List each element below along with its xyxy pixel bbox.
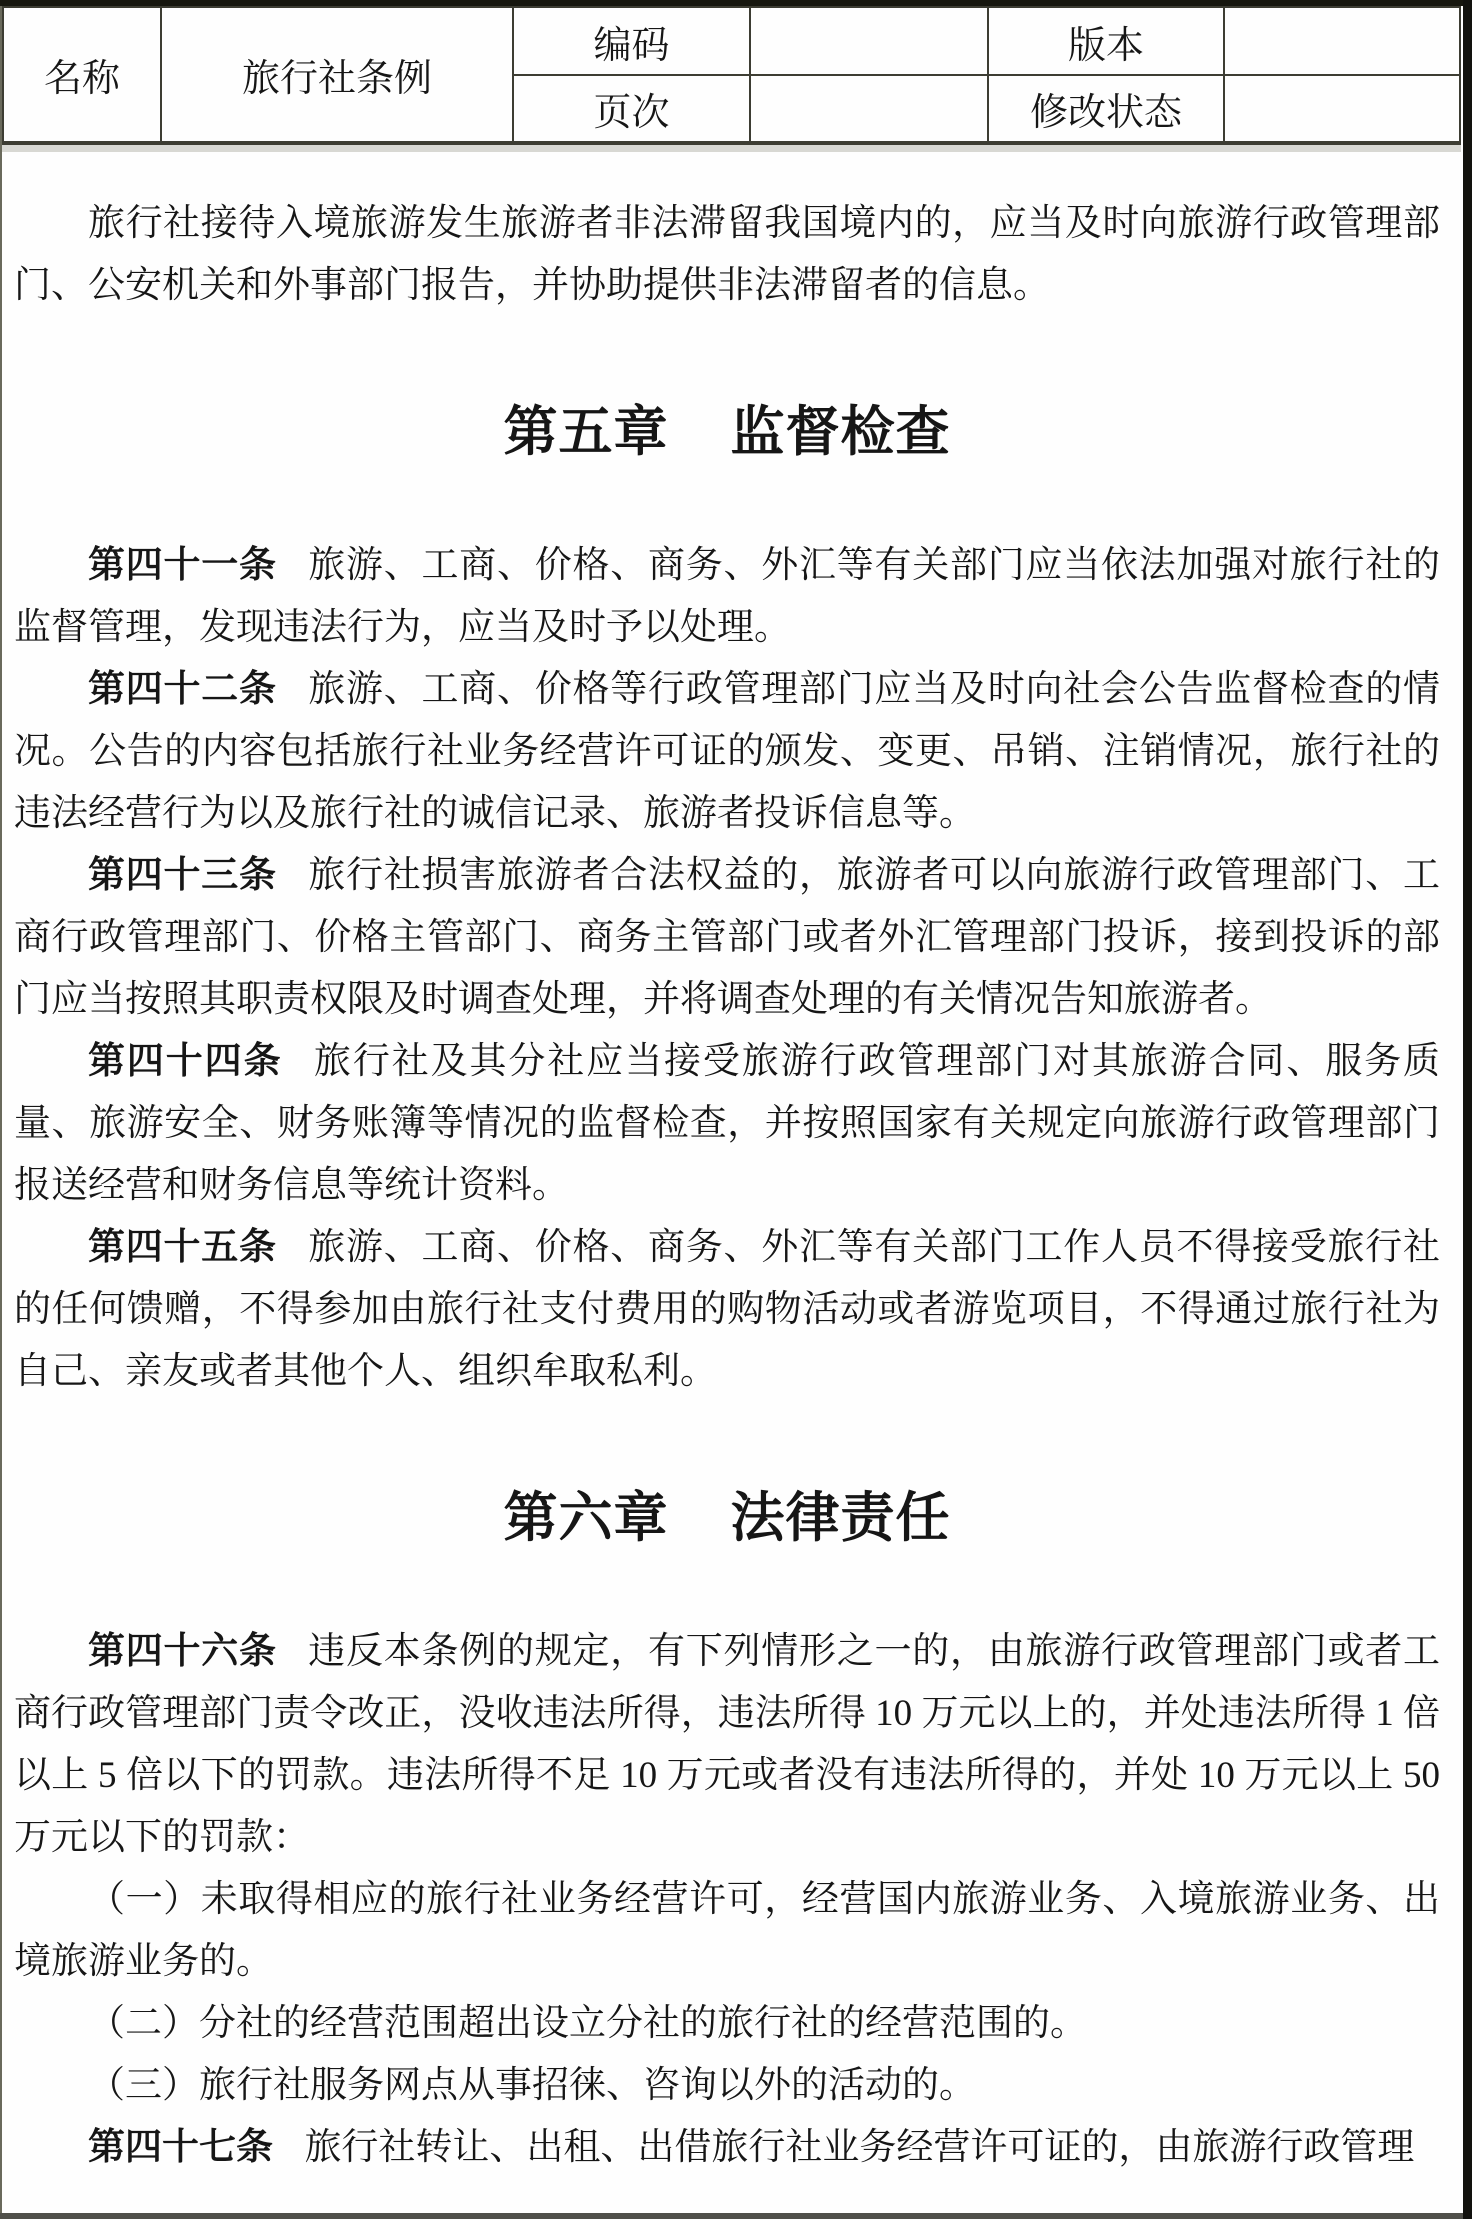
article-47-paragraph: 第四十七条旅行社转让、出租、出借旅行社业务经营许可证的，由旅游行政管理 [14, 2117, 1440, 2179]
page-left-edge [0, 0, 2, 2219]
header-table-row-1: 名称 旅行社条例 编码 版本 [3, 7, 1460, 75]
chapter-6-heading: 第六章法律责任 [14, 1483, 1440, 1553]
article-45-paragraph: 第四十五条旅游、工商、价格、商务、外汇等有关部门工作人员不得接受旅行社的任何馈赠… [14, 1217, 1440, 1403]
article-46-paragraph: 第四十六条违反本条例的规定，有下列情形之一的，由旅游行政管理部门或者工商行政管理… [14, 1621, 1440, 1869]
revision-status-value-cell [1224, 75, 1460, 143]
article-44-paragraph: 第四十四条旅行社及其分社应当接受旅游行政管理部门对其旅游合同、服务质量、旅游安全… [14, 1031, 1440, 1217]
list-item-3: （三）旅行社服务网点从事招徕、咨询以外的活动的。 [14, 2055, 1440, 2117]
chapter-6-title: 法律责任 [731, 1488, 951, 1548]
document-page: 名称 旅行社条例 编码 版本 页次 修改状态 旅行社接待入境旅游发生旅游者非法滞… [0, 0, 1472, 2219]
article-42-paragraph: 第四十二条旅游、工商、价格等行政管理部门应当及时向社会公告监督检查的情况。公告的… [14, 659, 1440, 845]
article-41-paragraph: 第四十一条旅游、工商、价格、商务、外汇等有关部门应当依法加强对旅行社的监督管理，… [14, 535, 1440, 659]
article-45-number: 第四十五条 [88, 1227, 277, 1268]
page-top-border [0, 0, 1472, 6]
article-44-number: 第四十四条 [88, 1041, 282, 1082]
list-item-2: （二）分社的经营范围超出设立分社的旅行社的经营范围的。 [14, 1993, 1440, 2055]
page-number-value-cell [750, 75, 988, 143]
chapter-5-heading: 第五章监督检查 [14, 397, 1440, 467]
page-right-border [1463, 0, 1472, 2219]
page-bottom-border [0, 2213, 1472, 2219]
article-43-number: 第四十三条 [88, 855, 277, 896]
header-table: 名称 旅行社条例 编码 版本 页次 修改状态 [2, 6, 1461, 145]
name-label-cell: 名称 [3, 7, 161, 143]
article-46-number: 第四十六条 [88, 1631, 277, 1672]
code-value-cell [750, 7, 988, 75]
version-value-cell [1224, 7, 1460, 75]
version-label-cell: 版本 [988, 7, 1224, 75]
article-43-paragraph: 第四十三条旅行社损害旅游者合法权益的，旅游者可以向旅游行政管理部门、工商行政管理… [14, 845, 1440, 1031]
chapter-5-number: 第五章 [503, 402, 668, 462]
article-47-text: 旅行社转让、出租、出借旅行社业务经营许可证的，由旅游行政管理 [304, 2127, 1414, 2168]
document-body: 旅行社接待入境旅游发生旅游者非法滞留我国境内的，应当及时向旅游行政管理部门、公安… [0, 145, 1472, 2179]
chapter-5-title: 监督检查 [731, 402, 951, 462]
name-value-cell: 旅行社条例 [161, 7, 513, 143]
chapter-6-number: 第六章 [503, 1488, 668, 1548]
revision-status-label-cell: 修改状态 [988, 75, 1224, 143]
list-item-1: （一）未取得相应的旅行社业务经营许可，经营国内旅游业务、入境旅游业务、出境旅游业… [14, 1869, 1440, 1993]
article-41-number: 第四十一条 [88, 545, 277, 586]
page-number-label-cell: 页次 [513, 75, 750, 143]
article-47-number: 第四十七条 [88, 2127, 273, 2168]
code-label-cell: 编码 [513, 7, 750, 75]
article-42-number: 第四十二条 [88, 669, 277, 710]
intro-paragraph: 旅行社接待入境旅游发生旅游者非法滞留我国境内的，应当及时向旅游行政管理部门、公安… [14, 193, 1440, 317]
